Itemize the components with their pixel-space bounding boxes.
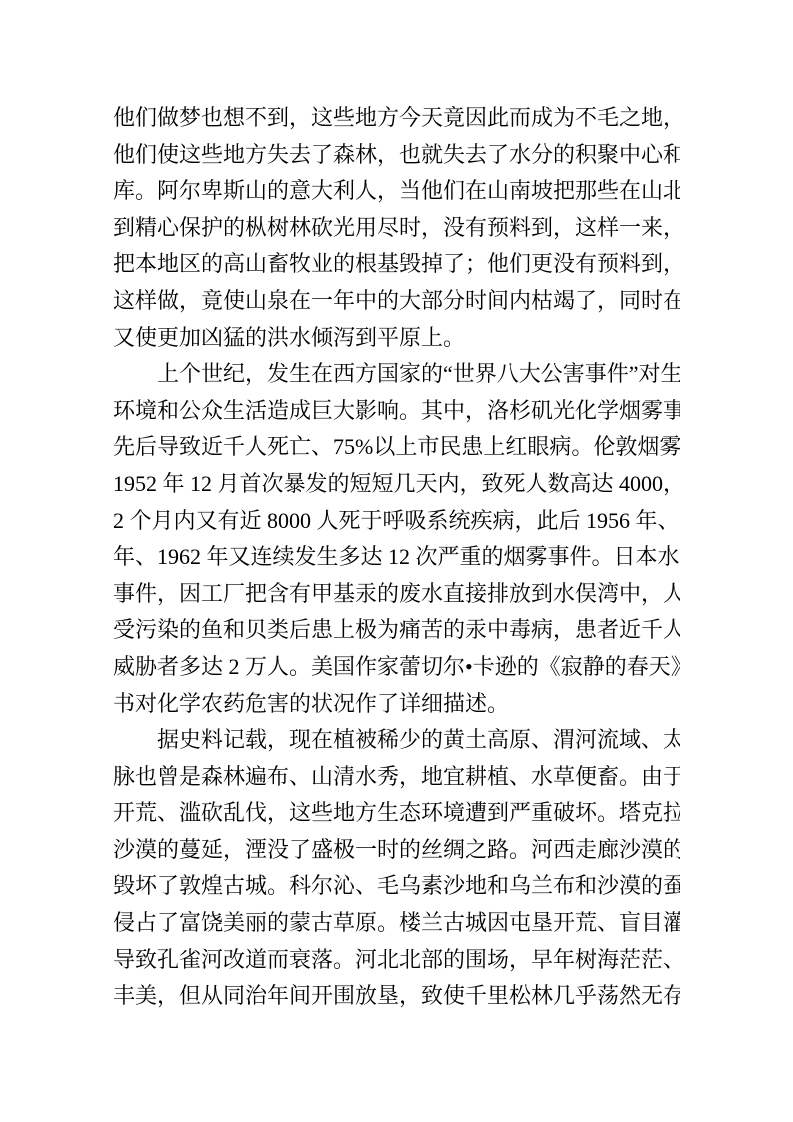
text-line: 他们使这些地方失去了森林，也就失去了水分的积聚中心和贮藏 (113, 137, 680, 174)
text-line: 这样做，竟使山泉在一年中的大部分时间内枯竭了，同时在雨季 (113, 283, 680, 320)
text-line: 库。阿尔卑斯山的意大利人，当他们在山南坡把那些在山北坡得 (113, 173, 680, 210)
document-text-block: 他们做梦也想不到，这些地方今天竟因此而成为不毛之地，因为他们使这些地方失去了森林… (113, 100, 680, 1015)
text-line: 侵占了富饶美丽的蒙古草原。楼兰古城因屯垦开荒、盲目灌溉， (113, 905, 680, 942)
text-line: 威胁者多达 2 万人。美国作家蕾切尔•卡逊的《寂静的春天》一 (113, 649, 680, 686)
text-line: 脉也曾是森林遍布、山清水秀，地宜耕植、水草便畜。由于毁林 (113, 759, 680, 796)
text-line: 导致孔雀河改道而衰落。河北北部的围场，早年树海茫茫、水草 (113, 942, 680, 979)
text-line: 环境和公众生活造成巨大影响。其中，洛杉矶光化学烟雾事件， (113, 393, 680, 430)
text-line: 书对化学农药危害的状况作了详细描述。 (113, 686, 680, 723)
text-line: 到精心保护的枞树林砍光用尽时，没有预料到，这样一来，他们 (113, 210, 680, 247)
text-line: 丰美，但从同治年间开围放垦，致使千里松林几乎荡然无存，出 (113, 978, 680, 1015)
text-line: 2 个月内又有近 8000 人死于呼吸系统疾病，此后 1956 年、1957 (113, 503, 680, 540)
text-line: 沙漠的蔓延，湮没了盛极一时的丝绸之路。河西走廊沙漠的扩展， (113, 832, 680, 869)
text-line: 他们做梦也想不到，这些地方今天竟因此而成为不毛之地，因为 (113, 100, 680, 137)
text-line: 把本地区的高山畜牧业的根基毁掉了；他们更没有预料到，他们 (113, 246, 680, 283)
text-paragraph: 上个世纪，发生在西方国家的“世界八大公害事件”对生态环境和公众生活造成巨大影响。… (113, 356, 680, 722)
document-page: 他们做梦也想不到，这些地方今天竟因此而成为不毛之地，因为他们使这些地方失去了森林… (0, 0, 793, 1122)
text-line: 据史料记载，现在植被稀少的黄土高原、渭河流域、太行山 (113, 722, 680, 759)
text-line: 上个世纪，发生在西方国家的“世界八大公害事件”对生态 (113, 356, 680, 393)
text-line: 受污染的鱼和贝类后患上极为痛苦的汞中毒病，患者近千人，受 (113, 612, 680, 649)
text-line: 年、1962 年又连续发生多达 12 次严重的烟雾事件。日本水俣病 (113, 539, 680, 576)
text-line: 事件，因工厂把含有甲基汞的废水直接排放到水俣湾中，人食用 (113, 576, 680, 613)
text-paragraph: 据史料记载，现在植被稀少的黄土高原、渭河流域、太行山脉也曾是森林遍布、山清水秀，… (113, 722, 680, 1015)
text-line: 开荒、滥砍乱伐，这些地方生态环境遭到严重破坏。塔克拉玛干 (113, 795, 680, 832)
text-line: 1952 年 12 月首次暴发的短短几天内，致死人数高达 4000，随后 (113, 466, 680, 503)
text-line: 先后导致近千人死亡、75%以上市民患上红眼病。伦敦烟雾事件， (113, 429, 680, 466)
text-line: 又使更加凶猛的洪水倾泻到平原上。 (113, 320, 680, 357)
text-line: 毁坏了敦煌古城。科尔沁、毛乌素沙地和乌兰布和沙漠的蚕食， (113, 868, 680, 905)
text-paragraph: 他们做梦也想不到，这些地方今天竟因此而成为不毛之地，因为他们使这些地方失去了森林… (113, 100, 680, 356)
